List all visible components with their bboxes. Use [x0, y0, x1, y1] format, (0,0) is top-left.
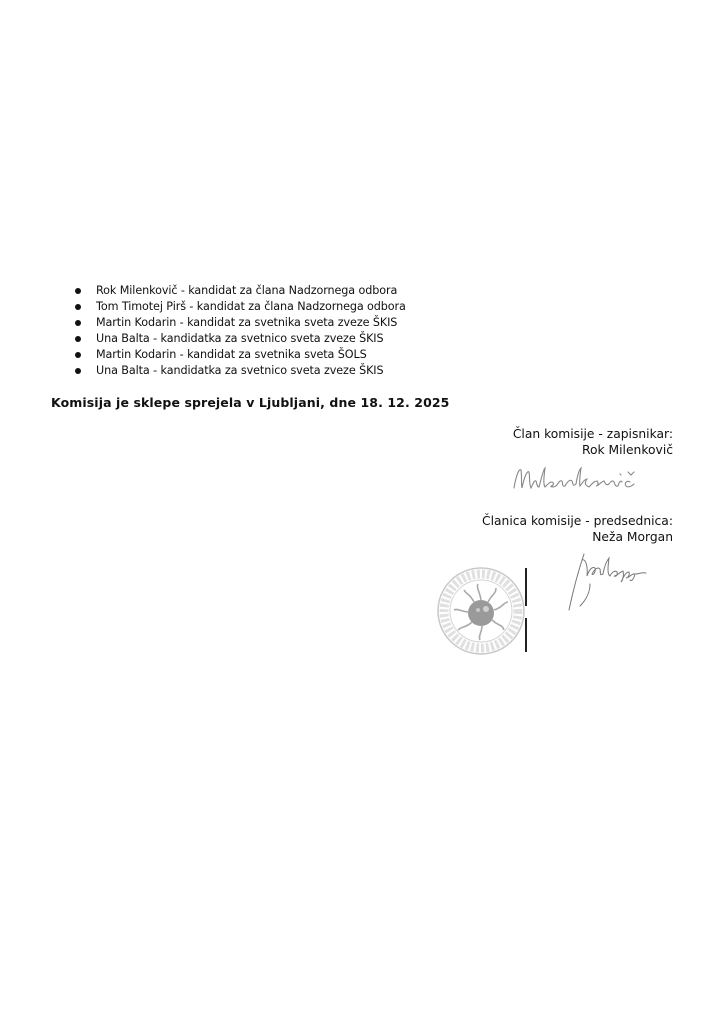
bullet-icon	[75, 320, 81, 326]
signatory-name: Neža Morgan	[482, 529, 673, 545]
stamp-edge-divider	[525, 618, 527, 652]
signature-morgan-icon	[562, 552, 672, 614]
signature-milenkovic-icon	[510, 462, 645, 494]
candidate-text: Rok Milenkovič - kandidat za člana Nadzo…	[96, 284, 397, 297]
decision-statement: Komisija je sklepe sprejela v Ljubljani,…	[51, 395, 449, 410]
signatory-president: Članica komisije - predsednica: Neža Mor…	[482, 513, 673, 545]
bullet-icon	[75, 304, 81, 310]
candidate-text: Martin Kodarin - kandidat za svetnika sv…	[96, 316, 397, 329]
candidate-list: Rok Milenkovič - kandidat za člana Nadzo…	[72, 283, 406, 379]
list-item: Martin Kodarin - kandidat za svetnika sv…	[72, 315, 406, 331]
candidate-text: Una Balta - kandidatka za svetnico sveta…	[96, 364, 384, 377]
list-item: Tom Timotej Pirš - kandidat za člana Nad…	[72, 299, 406, 315]
signatory-role: Članica komisije - predsednica:	[482, 513, 673, 529]
candidate-text: Tom Timotej Pirš - kandidat za člana Nad…	[96, 300, 406, 313]
signatory-name: Rok Milenkovič	[513, 442, 673, 458]
list-item: Una Balta - kandidatka za svetnico sveta…	[72, 363, 406, 379]
bullet-icon	[75, 336, 81, 342]
list-item: Rok Milenkovič - kandidat za člana Nadzo…	[72, 283, 406, 299]
signatory-recorder: Član komisije - zapisnikar: Rok Milenkov…	[513, 426, 673, 458]
list-item: Una Balta - kandidatka za svetnico sveta…	[72, 331, 406, 347]
bullet-icon	[75, 368, 81, 374]
stamp-edge-divider	[525, 568, 527, 606]
bullet-icon	[75, 288, 81, 294]
candidate-text: Una Balta - kandidatka za svetnico sveta…	[96, 332, 384, 345]
list-item: Martin Kodarin - kandidat za svetnika sv…	[72, 347, 406, 363]
bullet-icon	[75, 352, 81, 358]
candidate-text: Martin Kodarin - kandidat za svetnika sv…	[96, 348, 367, 361]
signatory-role: Član komisije - zapisnikar:	[513, 426, 673, 442]
official-seal-icon	[436, 566, 526, 656]
